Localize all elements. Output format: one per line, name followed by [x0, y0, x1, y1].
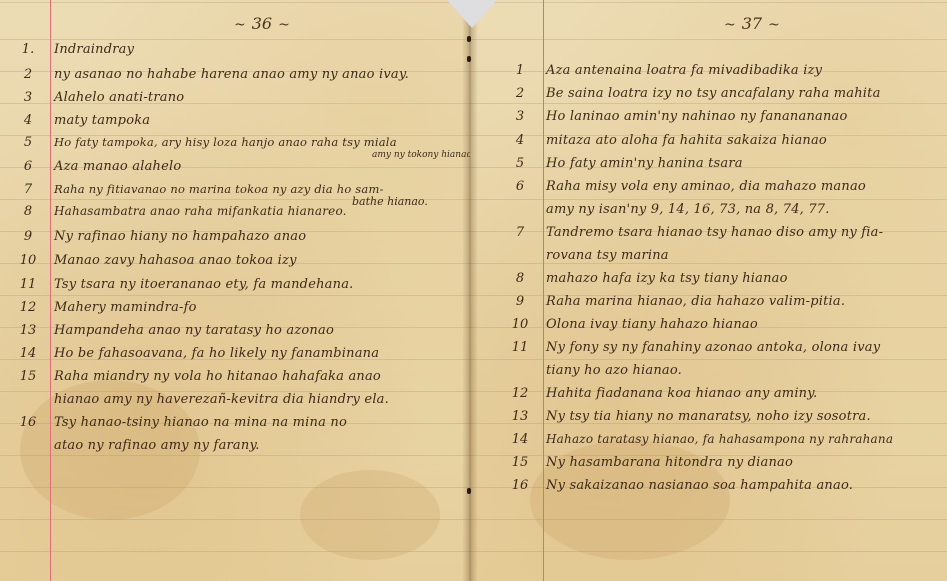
entry-line: 4maty tampoka — [8, 113, 150, 128]
entry-text: Raha marina hianao, dia hahazo valim-pit… — [540, 294, 845, 309]
entry-text: hianao amy ny haverezañ-kevitra dia hian… — [48, 392, 389, 407]
entry-line: 15Ny hasambarana hitondra ny dianao — [500, 455, 793, 470]
entry-number: 10 — [8, 253, 48, 268]
entry-line: 10Olona ivay tiany hahazo hianao — [500, 317, 758, 332]
paper-stain — [300, 470, 440, 560]
right-page: ~37~ 1Aza antenaina loatra fa mivadibadi… — [470, 0, 947, 581]
entry-number: 3 — [500, 109, 540, 124]
entry-text: Ny tsy tia hiany no manaratsy, noho izy … — [540, 409, 871, 424]
notebook-spread: ~36~ 1.Indraindray 2ny asanao no hahabe … — [0, 0, 947, 581]
entry-number: 2 — [500, 86, 540, 101]
entry-number: 14 — [8, 346, 48, 361]
margin-note: amy ny tokony hianao — [372, 150, 472, 160]
book-spine-gutter — [462, 0, 478, 581]
entry-number: 12 — [8, 300, 48, 315]
entry-line: 11Tsy tsara ny itoerananao ety, fa mande… — [8, 277, 353, 292]
entry-line: 12Mahery mamindra-fo — [8, 300, 197, 315]
page-number: ~37~ — [718, 14, 786, 33]
entry-text: Hahita fiadanana koa hianao any aminy. — [540, 386, 817, 401]
entry-text: Tsy tsara ny itoerananao ety, fa mandeha… — [48, 277, 353, 292]
entry-text: mahazo hafa izy ka tsy tiany hianao — [540, 271, 788, 286]
binding-stitch — [467, 56, 471, 62]
entry-text: Mahery mamindra-fo — [48, 300, 197, 315]
entry-text: Ho faty tampoka, ary hisy loza hanjo ana… — [48, 135, 397, 149]
entry-line: 8Hahasambatra anao raha mifankatia hiana… — [8, 204, 347, 219]
entry-text: Indraindray — [48, 42, 134, 57]
entry-number: 11 — [500, 340, 540, 355]
entry-line: 1Aza antenaina loatra fa mivadibadika iz… — [500, 63, 822, 78]
entry-number: 3 — [8, 90, 48, 105]
entry-number: 2 — [8, 67, 48, 82]
entry-text: Hampandeha anao ny taratasy ho azonao — [48, 323, 334, 338]
entry-line: 6Aza manao alahelo — [8, 159, 181, 174]
entry-line-continuation: amy ny isan'ny 9, 14, 16, 73, na 8, 74, … — [500, 202, 830, 217]
entry-text: Hahasambatra anao raha mifankatia hianar… — [48, 204, 347, 218]
entry-number: 4 — [500, 133, 540, 148]
entry-line: 7Tandremo tsara hianao tsy hanao diso am… — [500, 225, 883, 240]
entry-number: 7 — [500, 225, 540, 240]
entry-number: 16 — [8, 415, 48, 430]
entry-number: 6 — [500, 179, 540, 194]
entry-text: Ny fony sy ny fanahiny azonao antoka, ol… — [540, 340, 880, 355]
entry-line: 16Ny sakaizanao nasianao soa hampahita a… — [500, 478, 853, 493]
entry-text: Ny sakaizanao nasianao soa hampahita ana… — [540, 478, 853, 493]
entry-text: Raha misy vola eny aminao, dia mahazo ma… — [540, 179, 866, 194]
entry-text: Ho laninao amin'ny nahinao ny fanananana… — [540, 109, 848, 124]
entry-line: 2Be saina loatra izy no tsy ancafalany r… — [500, 86, 881, 101]
entry-text: Aza manao alahelo — [48, 159, 181, 174]
entry-text: Ho faty amin'ny hanina tsara — [540, 156, 743, 171]
entry-text: Olona ivay tiany hahazo hianao — [540, 317, 758, 332]
entry-number: 6 — [8, 159, 48, 174]
entry-line: 9Ny rafinao hiany no hampahazo anao — [8, 229, 306, 244]
entry-number: 15 — [500, 455, 540, 470]
entry-number: 5 — [500, 156, 540, 171]
entry-line: 15Raha miandry ny vola ho hitanao hahafa… — [8, 369, 381, 384]
entry-text: Hahazo taratasy hianao, fa hahasampona n… — [540, 432, 893, 446]
entry-text: Raha miandry ny vola ho hitanao hahafaka… — [48, 369, 381, 384]
entry-text: Be saina loatra izy no tsy ancafalany ra… — [540, 86, 881, 101]
entry-text: mitaza ato aloha fa hahita sakaiza hiana… — [540, 133, 827, 148]
entry-text: Ho be fahasoavana, fa ho likely ny fanam… — [48, 346, 379, 361]
entry-number: 4 — [8, 113, 48, 128]
entry-text: atao ny rafinao amy ny farany. — [48, 438, 260, 453]
entry-line-continuation: hianao amy ny haverezañ-kevitra dia hian… — [8, 392, 389, 407]
margin-note: bathe hianao. — [352, 195, 428, 208]
entry-line: 16Tsy hanao-tsiny hianao na mina na mina… — [8, 415, 347, 430]
entry-line: 14Hahazo taratasy hianao, fa hahasampona… — [500, 432, 893, 447]
entry-line: 7Raha ny fitiavanao no marina tokoa ny a… — [8, 182, 384, 197]
entry-line: 14Ho be fahasoavana, fa ho likely ny fan… — [8, 346, 379, 361]
entry-number: 8 — [8, 204, 48, 219]
entry-text: amy ny isan'ny 9, 14, 16, 73, na 8, 74, … — [540, 202, 830, 217]
entry-line: 12Hahita fiadanana koa hianao any aminy. — [500, 386, 817, 401]
entry-number: 8 — [500, 271, 540, 286]
entry-line-continuation: atao ny rafinao amy ny farany. — [8, 438, 260, 453]
entry-number: 9 — [8, 229, 48, 244]
entry-line: 5Ho faty amin'ny hanina tsara — [500, 156, 743, 171]
entry-number: 11 — [8, 277, 48, 292]
entry-line: 3Ho laninao amin'ny nahinao ny fanananan… — [500, 109, 848, 124]
entry-number: 1 — [500, 63, 540, 78]
left-page: ~36~ 1.Indraindray 2ny asanao no hahabe … — [0, 0, 470, 581]
entry-line: 13Hampandeha anao ny taratasy ho azonao — [8, 323, 334, 338]
entry-number: 1. — [8, 42, 48, 57]
entry-line: 2ny asanao no hahabe harena anao amy ny … — [8, 67, 409, 82]
entry-line: 3Alahelo anati-trano — [8, 90, 184, 105]
entry-line: 10Manao zavy hahasoa anao tokoa izy — [8, 253, 297, 268]
entry-number: 13 — [500, 409, 540, 424]
entry-text: Alahelo anati-trano — [48, 90, 184, 105]
entry-text: maty tampoka — [48, 113, 150, 128]
entry-text: Tandremo tsara hianao tsy hanao diso amy… — [540, 225, 883, 240]
entry-text: Manao zavy hahasoa anao tokoa izy — [48, 253, 297, 268]
entry-number: 9 — [500, 294, 540, 309]
entry-text: Aza antenaina loatra fa mivadibadika izy — [540, 63, 822, 78]
page-number-text: 36 — [252, 14, 272, 33]
entry-text: ny asanao no hahabe harena anao amy ny a… — [48, 67, 409, 82]
entry-line: 9Raha marina hianao, dia hahazo valim-pi… — [500, 294, 845, 309]
entry-text: Raha ny fitiavanao no marina tokoa ny az… — [48, 182, 384, 196]
entry-line-continuation: rovana tsy marina — [500, 248, 669, 263]
entry-number: 13 — [8, 323, 48, 338]
entry-line-continuation: tiany ho azo hianao. — [500, 363, 682, 378]
entry-number: 10 — [500, 317, 540, 332]
entry-number: 12 — [500, 386, 540, 401]
page-number: ~36~ — [228, 14, 296, 33]
entry-text: Tsy hanao-tsiny hianao na mina na mina n… — [48, 415, 347, 430]
entry-text: tiany ho azo hianao. — [540, 363, 682, 378]
entry-text: Ny hasambarana hitondra ny dianao — [540, 455, 793, 470]
binding-stitch — [467, 36, 471, 42]
entry-line: 6Raha misy vola eny aminao, dia mahazo m… — [500, 179, 866, 194]
entry-line: 13Ny tsy tia hiany no manaratsy, noho iz… — [500, 409, 871, 424]
entry-text: Ny rafinao hiany no hampahazo anao — [48, 229, 306, 244]
binding-stitch — [467, 488, 471, 494]
entry-number: 7 — [8, 182, 48, 197]
page-number-text: 37 — [742, 14, 762, 33]
entry-text: rovana tsy marina — [540, 248, 669, 263]
entry-number: 16 — [500, 478, 540, 493]
entry-line: 4mitaza ato aloha fa hahita sakaiza hian… — [500, 133, 827, 148]
entry-line: 8mahazo hafa izy ka tsy tiany hianao — [500, 271, 788, 286]
entry-line: 1.Indraindray — [8, 42, 134, 57]
entry-line: 11Ny fony sy ny fanahiny azonao antoka, … — [500, 340, 880, 355]
entry-number: 14 — [500, 432, 540, 447]
entry-line: 5Ho faty tampoka, ary hisy loza hanjo an… — [8, 135, 397, 150]
entry-number: 5 — [8, 135, 48, 150]
entry-number: 15 — [8, 369, 48, 384]
